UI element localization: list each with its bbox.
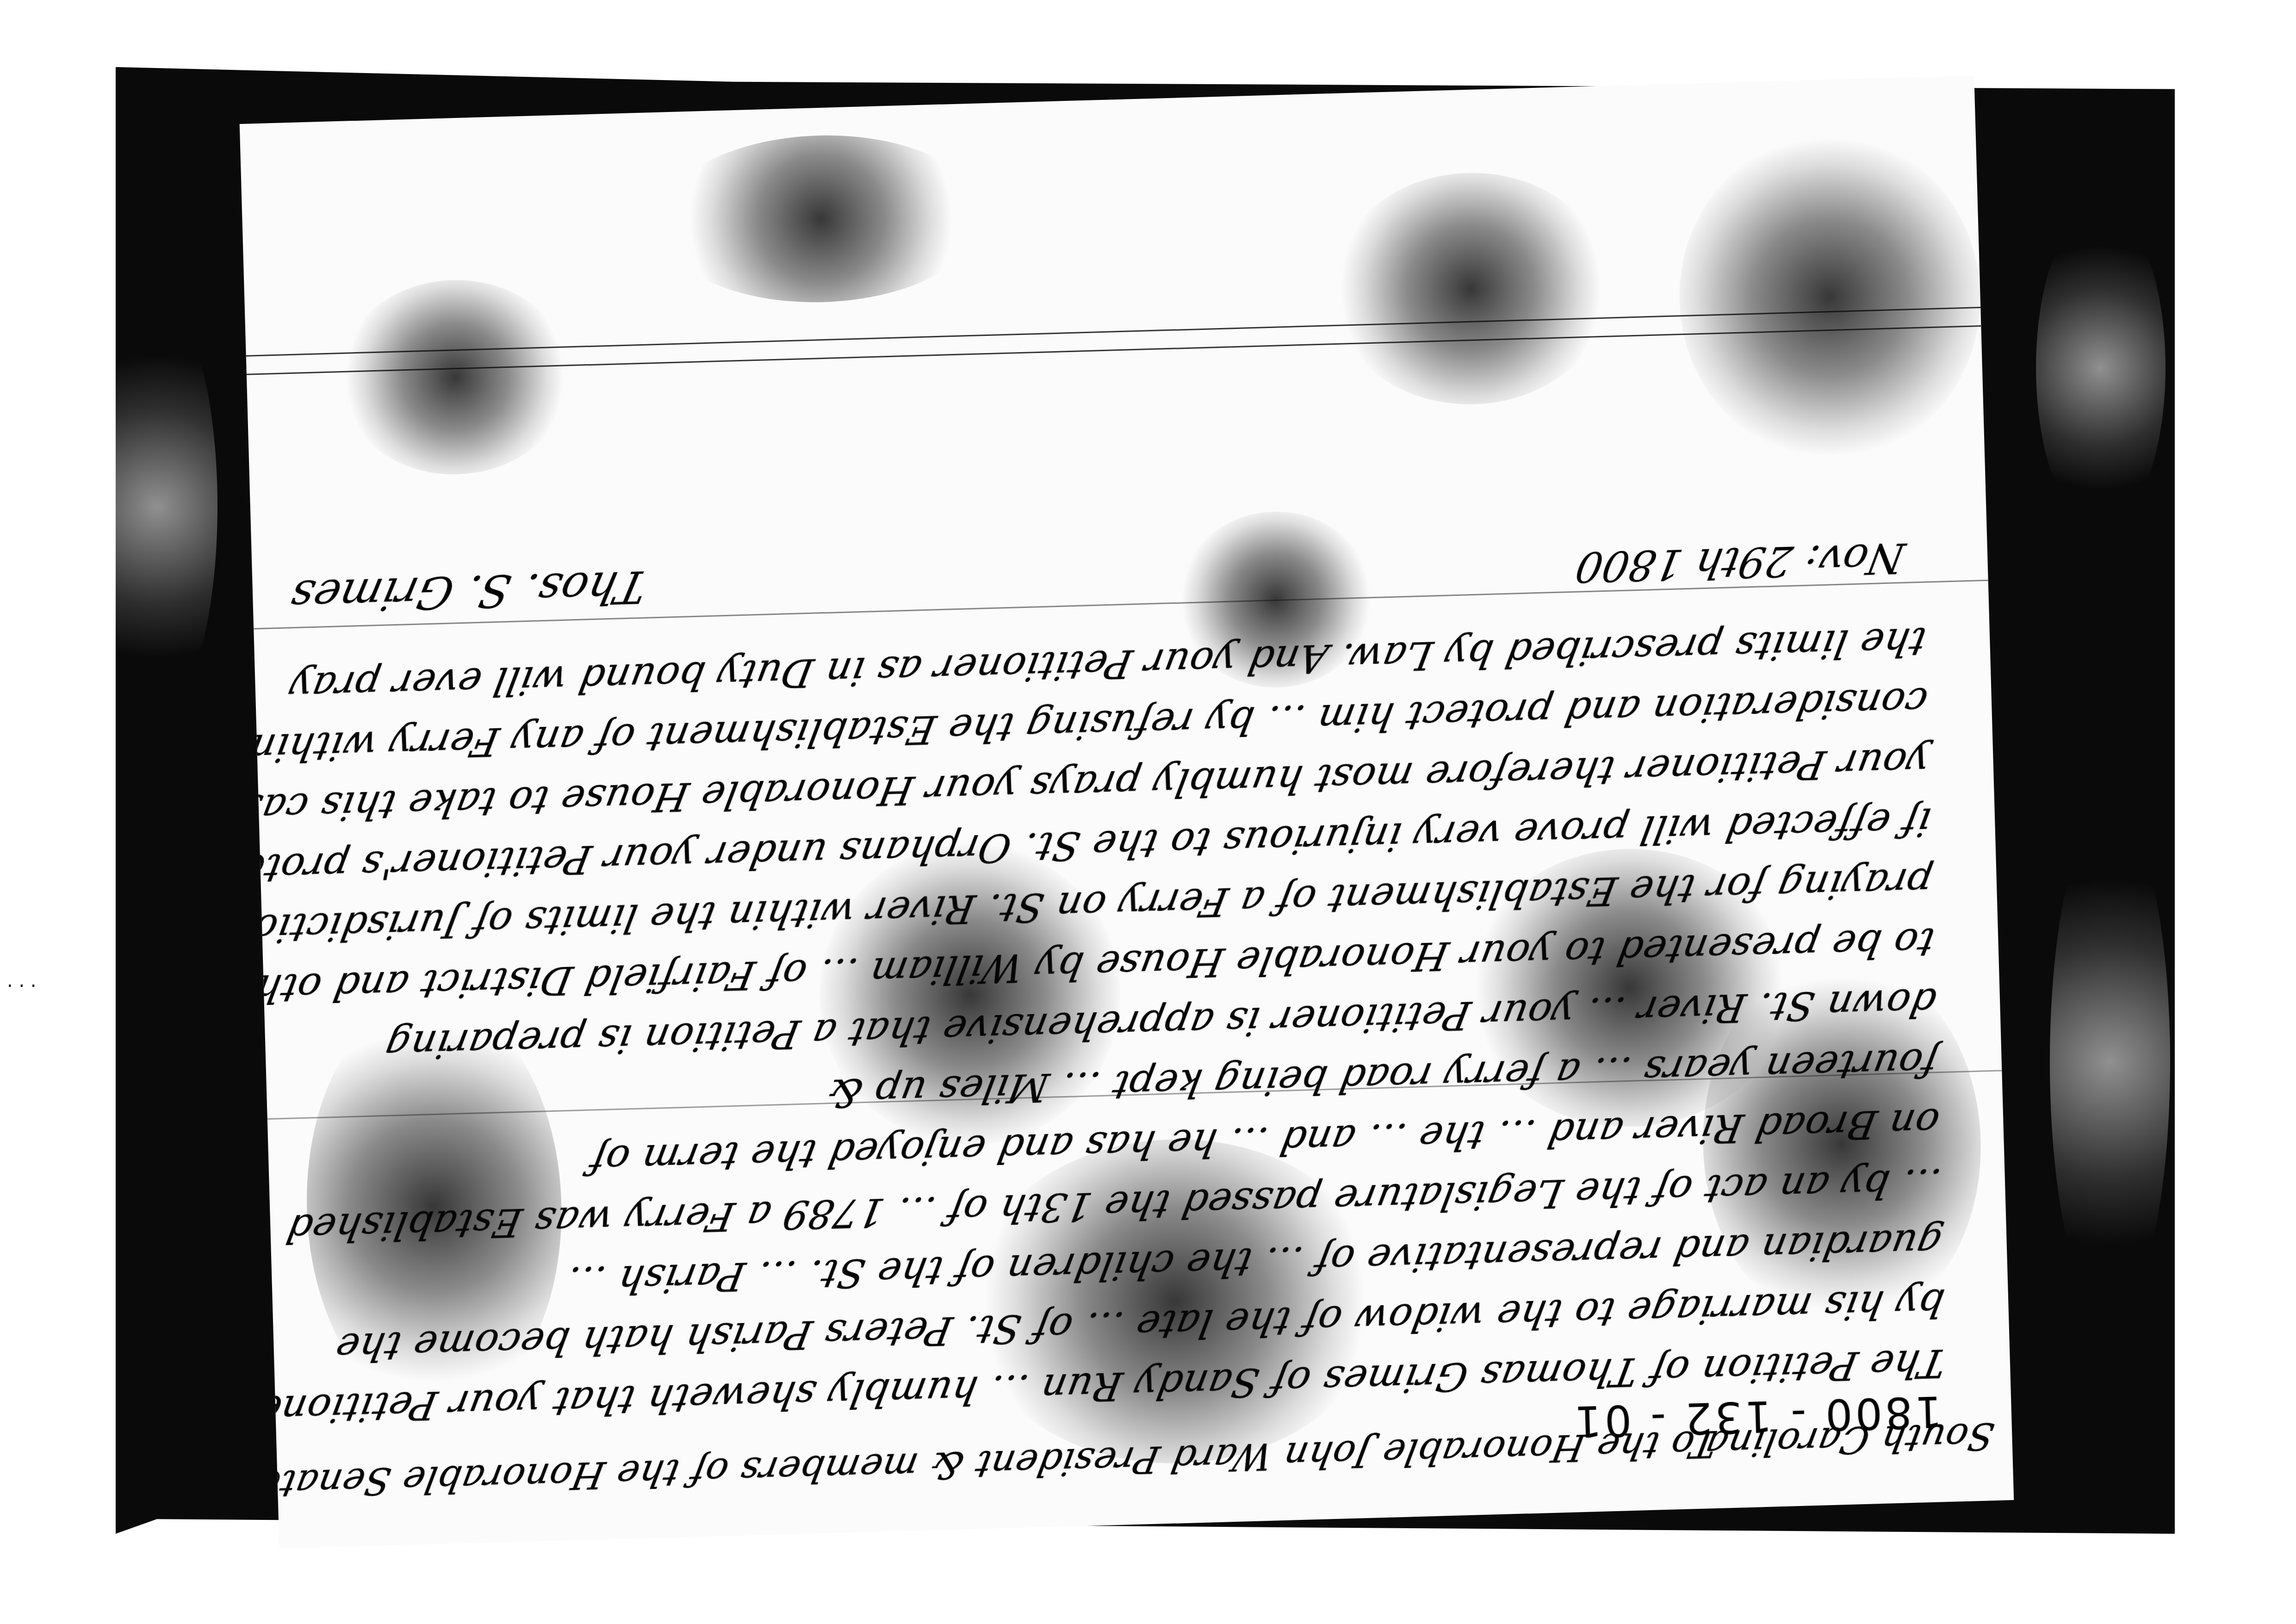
scan-noise <box>2036 206 2166 530</box>
archive-number: 1800 - 132 - 01 <box>1571 1386 1943 1446</box>
scan-edge-bar <box>153 1087 180 1411</box>
manuscript-page: South Carolina To the Honorable John War… <box>240 75 2014 1549</box>
scan-noise <box>2050 807 2170 1316</box>
petition-date: Nov: 29th 1800 <box>1572 533 1909 591</box>
manuscript-text: South Carolina To the Honorable John War… <box>240 75 2014 1549</box>
edge-marks: · · · <box>7 981 37 992</box>
scan-noise <box>97 298 217 715</box>
heading-address: To the Honorable John Ward President & m… <box>338 1420 1720 1505</box>
petitioner-signature: Thos. S. Grimes <box>285 560 652 622</box>
